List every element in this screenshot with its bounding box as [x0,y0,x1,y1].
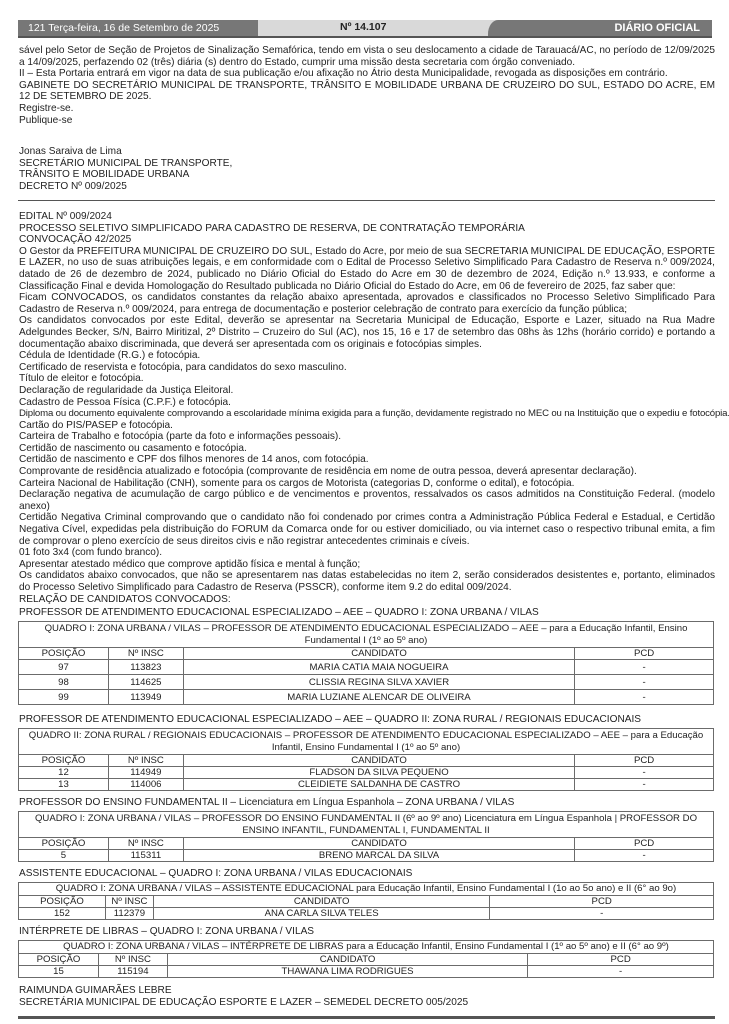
paragraph: Registre-se. [19,103,715,115]
document-item: Certidão Negativa Criminal comprovando q… [19,512,715,547]
section-heading: INTÉRPRETE DE LIBRAS – QUADRO I: ZONA UR… [19,926,314,937]
document-item: Diploma ou documento equivalente comprov… [19,408,715,420]
document-item: Declaração negativa de acumulação de car… [19,489,715,512]
document-item: Título de eleitor e fotocópia. [19,373,715,385]
candidates-table: QUADRO I: ZONA URBANA / VILAS – PROFESSO… [18,811,714,862]
table-row: 99113949 MARIA LUZIANE ALENCAR DE OLIVEI… [19,690,714,705]
table-title: QUADRO II: ZONA RURAL / REGIONAIS EDUCAC… [19,729,714,755]
publication-title: DIÁRIO OFICIAL [614,22,700,34]
paragraph: Os candidatos convocados por este Edital… [19,315,715,350]
document-item: Cadastro de Pessoa Física (C.P.F.) e fot… [19,397,715,409]
document-item: Certidão de nascimento e CPF dos filhos … [19,454,715,466]
edital-number: EDITAL Nº 009/2024 [19,211,715,223]
secretary-signature: RAIMUNDA GUIMARÃES LEBRE SECRETÁRIA MUNI… [19,985,715,1008]
table-row: 12114949 FLADSON DA SILVA PEQUENO- [19,767,714,779]
table-header-row: POSIÇÃONº INSC CANDIDATOPCD [19,838,714,850]
portaria-signature: Jonas Saraiva de Lima SECRETÁRIO MUNICIP… [19,146,715,192]
candidates-table: QUADRO I: ZONA URBANA / VILAS – INTÉRPRE… [18,940,714,978]
paragraph: GABINETE DO SECRETÁRIO MUNICIPAL DE TRAN… [19,80,715,103]
paragraph: Publique-se [19,115,715,127]
table-row: 152112379 ANA CARLA SILVA TELES- [19,907,714,919]
relacao-label: RELAÇÃO DE CANDIDATOS CONVOCADOS: [19,594,715,606]
document-item: Apresentar atestado médico que comprove … [19,559,715,571]
paragraph: II – Esta Portaria entrará em vigor na d… [19,68,715,80]
convocacao-number: CONVOCAÇÃO 42/2025 [19,234,715,246]
page-header: 121 Terça-feira, 16 de Setembro de 2025 … [18,20,712,36]
edital-title: PROCESSO SELETIVO SIMPLIFICADO PARA CADA… [19,223,715,235]
document-item: Cédula de Identidade (R.G.) e fotocópia. [19,350,715,362]
table-title: QUADRO I: ZONA URBANA / VILAS – INTÉRPRE… [19,941,714,954]
portaria-text: sável pelo Setor de Seção de Projetos de… [19,45,715,126]
table-header-row: POSIÇÃONº INSC CANDIDATOPCD [19,953,714,965]
section-heading: PROFESSOR DO ENSINO FUNDAMENTAL II – Lic… [19,797,514,808]
paragraph: sável pelo Setor de Seção de Projetos de… [19,45,715,68]
document-item: Comprovante de residência atualizado e f… [19,466,715,478]
candidates-table: QUADRO II: ZONA RURAL / REGIONAIS EDUCAC… [18,728,714,791]
candidates-table: QUADRO I: ZONA URBANA / VILAS – ASSISTEN… [18,882,714,920]
page-number-date: 121 Terça-feira, 16 de Setembro de 2025 [28,22,219,34]
document-item: Carteira Nacional de Habilitação (CNH), … [19,478,715,490]
table-row: 13114006 CLEIDIETE SALDANHA DE CASTRO- [19,779,714,791]
table-title: QUADRO I: ZONA URBANA / VILAS – PROFESSO… [19,622,714,648]
section-heading: ASSISTENTE EDUCACIONAL – QUADRO I: ZONA … [19,868,412,879]
document-item: Carteira de Trabalho e fotocópia (parte … [19,431,715,443]
paragraph: Ficam CONVOCADOS, os candidatos constant… [19,292,715,315]
table-title: QUADRO I: ZONA URBANA / VILAS – PROFESSO… [19,812,714,838]
section-end-divider [18,1016,715,1019]
section-heading: PROFESSOR DE ATENDIMENTO EDUCACIONAL ESP… [19,714,641,725]
section-heading: PROFESSOR DE ATENDIMENTO EDUCACIONAL ESP… [19,607,539,618]
paragraph: Os candidatos abaixo convocados, que não… [19,570,715,593]
paragraph: O Gestor da PREFEITURA MUNICIPAL DE CRUZ… [19,246,715,292]
edital-text: EDITAL Nº 009/2024 PROCESSO SELETIVO SIM… [19,211,715,605]
document-item: Certificado de reservista e fotocópia, p… [19,362,715,374]
document-item: Certidão de nascimento ou casamento e fo… [19,443,715,455]
document-item: 01 foto 3x4 (com fundo branco). [19,547,715,559]
table-header-row: POSIÇÃONº INSC CANDIDATOPCD [19,648,714,660]
section-divider [18,200,715,201]
candidates-table: QUADRO I: ZONA URBANA / VILAS – PROFESSO… [18,621,714,705]
newspaper-page: 121 Terça-feira, 16 de Setembro de 2025 … [0,0,729,1024]
document-item: Declaração de regularidade da Justiça El… [19,385,715,397]
table-row: 98114625 CLISSIA REGINA SILVA XAVIER- [19,675,714,690]
document-item: Cartão do PIS/PASEP e fotocópia. [19,420,715,432]
table-row: 15115194 THAWANA LIMA RODRIGUES- [19,965,714,977]
table-row: 5115311 BRENO MARCAL DA SILVA- [19,850,714,862]
table-header-row: POSIÇÃONº INSC CANDIDATOPCD [19,755,714,767]
edition-number: Nº 14.107 [340,21,386,33]
table-row: 97113823 MARIA CATIA MAIA NOGUEIRA- [19,660,714,675]
table-header-row: POSIÇÃONº INSC CANDIDATOPCD [19,895,714,907]
table-title: QUADRO I: ZONA URBANA / VILAS – ASSISTEN… [19,883,714,896]
